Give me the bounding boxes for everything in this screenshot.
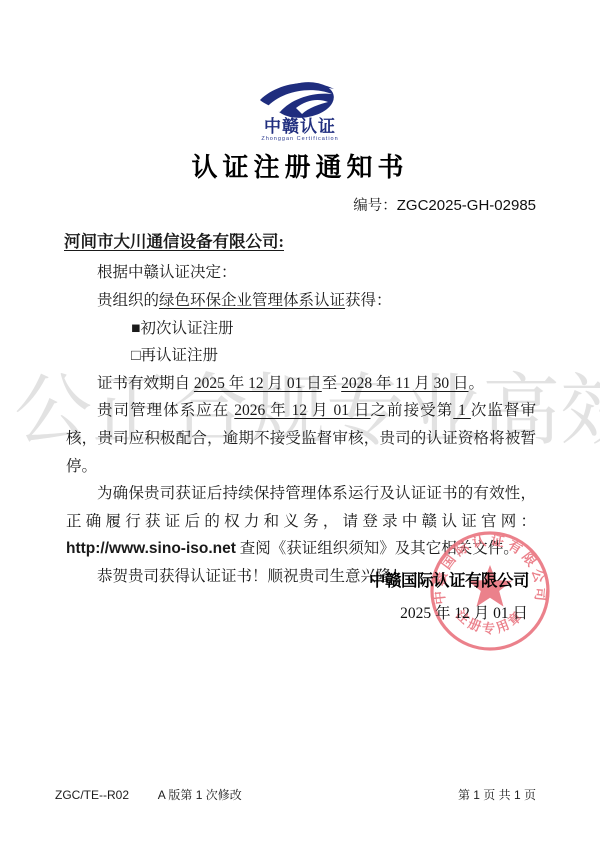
certificate-notice-page: 公正合规专业高效 中赣认证 Zhonggan Certification 认证注… <box>0 0 600 849</box>
text-segment: 贵组织的 <box>97 292 159 309</box>
valid-from-date: 2025 年 12 月 01 日 <box>194 375 322 392</box>
option-label: 初次认证注册 <box>140 320 233 337</box>
surveillance-number: 1 <box>453 402 471 419</box>
text-segment: 获得： <box>345 292 392 309</box>
paragraph-validity: 证书有效期自 2025 年 12 月 01 日至 2028 年 11 月 30 … <box>66 370 536 398</box>
text-segment: 。 <box>468 375 484 392</box>
option-recertification: □再认证注册 <box>66 342 536 370</box>
document-title: 认证注册通知书 <box>0 147 600 184</box>
text-segment: 证书有效期自 <box>97 375 194 392</box>
document-number-label: 编号： <box>353 198 397 214</box>
issuer-company-name: 中赣国际认证有限公司 <box>369 567 529 591</box>
text-segment: 恭贺贵司获得认证证书！顺祝贵司生意兴隆！ <box>97 568 407 585</box>
paragraph-surveillance: 贵司管理体系应在 2026 年 12 月 01 日之前接受第 1 次监督审核，贵… <box>66 397 536 480</box>
official-website-url: http://www.sino-iso.net <box>66 540 236 557</box>
document-number-line: 编号：ZGC2025-GH-02985 <box>0 194 600 215</box>
text-segment: 至 <box>322 375 341 392</box>
paragraph-decision: 根据中赣认证决定： <box>66 259 536 287</box>
option-label: 再认证注册 <box>140 347 218 364</box>
text-segment: 根据中赣认证决定： <box>97 264 237 281</box>
document-code: ZGC/TE--R02 <box>55 788 129 802</box>
issue-date: 2025 年 12 月 01 日 <box>400 601 528 623</box>
valid-to-date: 2028 年 11 月 30 日 <box>341 375 468 392</box>
logo-subtitle: Zhonggan Certification <box>0 136 600 143</box>
recipient-company-name: 河间市大川通信设备有限公司: <box>64 228 536 252</box>
red-company-seal: 中赣国际认证有限公司 注册专用章 <box>427 528 553 654</box>
text-segment: 为确保贵司获证后持续保持管理体系运行及认证证书的有效性，正确履行获证后的权力和义… <box>66 485 536 530</box>
revision-note: A 版第 1 次修改 <box>158 788 242 802</box>
page-footer: ZGC/TE--R02 A 版第 1 次修改 第 1 页 共 1 页 <box>55 786 536 803</box>
logo-name: 中赣认证 <box>0 118 600 136</box>
scheme-name: 绿色环保企业管理体系认证 <box>159 292 345 309</box>
text-segment: 贵司管理体系应在 <box>97 402 234 419</box>
logo-block: 中赣认证 Zhonggan Certification <box>0 0 600 142</box>
surveillance-deadline-date: 2026 年 12 月 01 日 <box>234 402 370 419</box>
zhonggan-logo-icon <box>256 78 344 118</box>
text-segment: 之前接受第 <box>371 402 454 419</box>
option-initial-certification: ■初次认证注册 <box>66 315 536 343</box>
footer-left: ZGC/TE--R02 A 版第 1 次修改 <box>55 786 242 803</box>
document-number-value: ZGC2025-GH-02985 <box>397 197 536 214</box>
page-count: 第 1 页 共 1 页 <box>458 786 536 803</box>
paragraph-scheme: 贵组织的绿色环保企业管理体系认证获得： <box>66 287 536 315</box>
